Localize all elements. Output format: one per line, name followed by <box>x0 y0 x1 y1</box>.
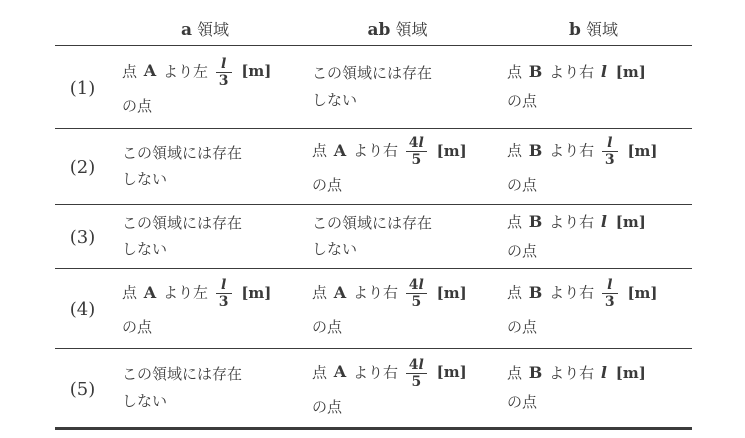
point-variable: A <box>144 283 156 302</box>
unit-label: [m] <box>627 142 657 160</box>
jp-text: より右 <box>353 142 398 160</box>
jp-text: 点 <box>312 363 327 381</box>
jp-text: 点 <box>507 142 522 160</box>
jp-text: より左 <box>163 62 208 80</box>
cell-3-b: 点 B より右 l [m] の点 <box>495 204 692 268</box>
jp-text: より右 <box>549 364 594 382</box>
absent-line1: この領域には存在 <box>122 210 299 236</box>
jp-tail: の点 <box>507 175 691 197</box>
cell-2-a: この領域には存在 しない <box>110 128 300 204</box>
jp-tail: の点 <box>312 397 494 419</box>
fraction-den: 3 <box>216 293 232 310</box>
header-ab-latin: ab <box>367 20 390 40</box>
jp-text: 点 <box>122 284 137 302</box>
jp-text: より右 <box>353 284 398 302</box>
unit-label: [m] <box>437 363 467 381</box>
table-row-3: (3) この領域には存在 しない この領域には存在 しない 点 B より右 l … <box>55 204 692 268</box>
table-row-1: (1) 点 A より左 l3 [m] の点 この領域には存在 しない 点 B よ… <box>55 45 692 128</box>
fraction-var: l <box>607 277 612 293</box>
unit-label: [m] <box>616 364 646 382</box>
point-variable: B <box>529 363 543 382</box>
header-empty <box>55 6 110 45</box>
row-label-2: (2) <box>55 128 110 204</box>
jp-tail: の点 <box>507 392 691 414</box>
jp-text: より右 <box>353 363 398 381</box>
fraction-coef: 4 <box>409 277 419 293</box>
cell-1-ab: この領域には存在 しない <box>300 45 495 128</box>
fraction-den: 5 <box>406 373 427 390</box>
absent-line1: この領域には存在 <box>122 361 299 387</box>
jp-tail: の点 <box>507 317 691 339</box>
row-label-4: (4) <box>55 268 110 348</box>
header-row: a 領域 ab 領域 b 領域 <box>55 6 692 45</box>
length-variable: l <box>601 363 607 382</box>
fraction-den: 5 <box>406 151 427 168</box>
point-variable: B <box>529 62 543 81</box>
fraction-den: 5 <box>406 293 427 310</box>
absent-line1: この領域には存在 <box>312 210 494 236</box>
length-variable: l <box>601 62 607 81</box>
jp-text: 点 <box>122 62 137 80</box>
jp-text: より右 <box>549 213 594 231</box>
cell-5-a: この領域には存在 しない <box>110 348 300 428</box>
unit-label: [m] <box>437 284 467 302</box>
cell-3-a: この領域には存在 しない <box>110 204 300 268</box>
unit-label: [m] <box>627 284 657 302</box>
cell-5-b: 点 B より右 l [m] の点 <box>495 348 692 428</box>
fraction-coef: 4 <box>409 357 419 373</box>
absent-line1: この領域には存在 <box>122 140 299 166</box>
unit-label: [m] <box>437 142 467 160</box>
jp-tail: の点 <box>312 175 494 197</box>
unit-label: [m] <box>616 213 646 231</box>
jp-text: 点 <box>507 213 522 231</box>
header-a-latin: a <box>181 20 192 40</box>
table-row-4: (4) 点 A より左 l3 [m] の点 点 A より右 4l5 [m] の点… <box>55 268 692 348</box>
point-variable: B <box>529 141 543 160</box>
jp-tail: の点 <box>312 317 494 339</box>
jp-text: より右 <box>549 142 594 160</box>
jp-text: 点 <box>507 364 522 382</box>
point-variable: A <box>334 362 346 381</box>
cell-1-a: 点 A より左 l3 [m] の点 <box>110 45 300 128</box>
jp-tail: の点 <box>122 317 299 339</box>
cell-4-ab: 点 A より右 4l5 [m] の点 <box>300 268 495 348</box>
header-b-region: b 領域 <box>495 6 692 45</box>
jp-tail: の点 <box>122 96 299 118</box>
fraction: l3 <box>602 277 618 310</box>
fraction-var: l <box>419 277 424 293</box>
jp-tail: の点 <box>507 241 691 263</box>
header-ab-jp: 領域 <box>395 20 427 39</box>
absent-line2: しない <box>122 236 299 262</box>
fraction-var: l <box>607 135 612 151</box>
point-variable: A <box>334 283 346 302</box>
fraction-den: 3 <box>216 72 232 89</box>
row-label-1: (1) <box>55 45 110 128</box>
cell-3-ab: この領域には存在 しない <box>300 204 495 268</box>
cell-4-a: 点 A より左 l3 [m] の点 <box>110 268 300 348</box>
fraction-var: l <box>419 357 424 373</box>
header-b-jp: 領域 <box>586 20 618 39</box>
row-label-3: (3) <box>55 204 110 268</box>
unit-label: [m] <box>616 63 646 81</box>
fraction: l3 <box>216 56 232 89</box>
length-variable: l <box>601 212 607 231</box>
jp-text: 点 <box>507 284 522 302</box>
fraction: 4l5 <box>406 277 427 310</box>
jp-text: 点 <box>312 284 327 302</box>
point-variable: A <box>144 61 156 80</box>
header-b-latin: b <box>569 20 581 40</box>
fraction-var: l <box>419 135 424 151</box>
fraction-den: 3 <box>602 293 618 310</box>
cell-5-ab: 点 A より右 4l5 [m] の点 <box>300 348 495 428</box>
absent-line2: しない <box>122 388 299 414</box>
unit-label: [m] <box>241 284 271 302</box>
point-variable: B <box>529 212 543 231</box>
fraction-var: l <box>221 56 226 72</box>
unit-label: [m] <box>241 62 271 80</box>
cell-2-b: 点 B より右 l3 [m] の点 <box>495 128 692 204</box>
region-answer-table: a 領域 ab 領域 b 領域 (1) 点 A より左 l3 [m] の点 この… <box>55 6 692 430</box>
jp-text: より右 <box>549 63 594 81</box>
fraction: 4l5 <box>406 135 427 168</box>
header-a-jp: 領域 <box>197 20 229 39</box>
cell-2-ab: 点 A より右 4l5 [m] の点 <box>300 128 495 204</box>
jp-text: より右 <box>549 284 594 302</box>
jp-text: より左 <box>163 284 208 302</box>
absent-line2: しない <box>312 236 494 262</box>
point-variable: B <box>529 283 543 302</box>
fraction: l3 <box>602 135 618 168</box>
point-variable: A <box>334 141 346 160</box>
fraction-den: 3 <box>602 151 618 168</box>
fraction: l3 <box>216 277 232 310</box>
jp-tail: の点 <box>507 91 691 113</box>
jp-text: 点 <box>312 142 327 160</box>
cell-1-b: 点 B より右 l [m] の点 <box>495 45 692 128</box>
jp-text: 点 <box>507 63 522 81</box>
absent-line2: しない <box>312 87 494 113</box>
header-a-region: a 領域 <box>110 6 300 45</box>
absent-line2: しない <box>122 166 299 192</box>
header-ab-region: ab 領域 <box>300 6 495 45</box>
fraction-var: l <box>221 277 226 293</box>
fraction-coef: 4 <box>409 135 419 151</box>
fraction: 4l5 <box>406 357 427 390</box>
table-row-2: (2) この領域には存在 しない 点 A より右 4l5 [m] の点 点 B … <box>55 128 692 204</box>
absent-line1: この領域には存在 <box>312 60 494 86</box>
row-label-5: (5) <box>55 348 110 428</box>
cell-4-b: 点 B より右 l3 [m] の点 <box>495 268 692 348</box>
table-row-5: (5) この領域には存在 しない 点 A より右 4l5 [m] の点 点 B … <box>55 348 692 428</box>
